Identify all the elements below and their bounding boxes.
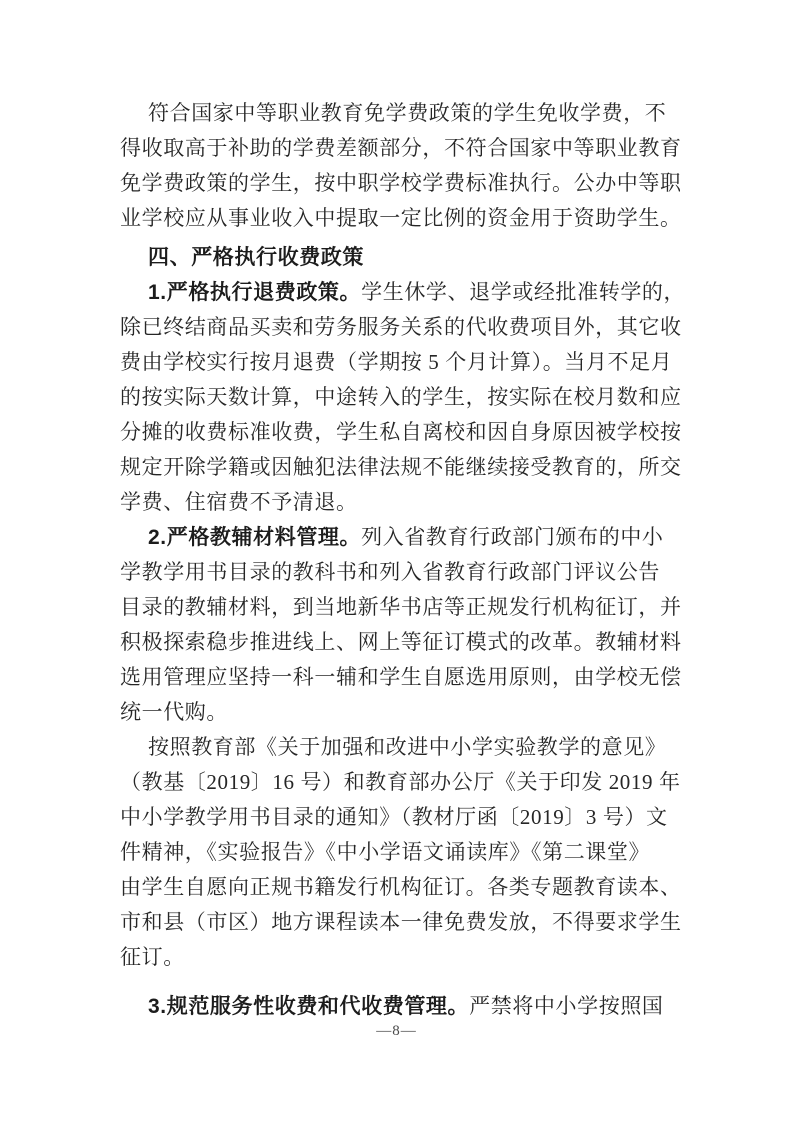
- text-segment: （教基〔2019〕16 号）和教育部办公厅《关于印发 2019 年: [120, 770, 681, 794]
- document-body: 符合国家中等职业教育免学费政策的学生免收学费，不得收取高于补助的学费差额部分，不…: [120, 96, 686, 1024]
- text-line: 按照教育部《关于加强和改进中小学实验教学的意见》: [120, 730, 686, 765]
- text-segment: 选用管理应坚持一科一辅和学生自愿选用原则，由学校无偿: [120, 665, 682, 689]
- text-line: （教基〔2019〕16 号）和教育部办公厅《关于印发 2019 年: [120, 765, 686, 800]
- text-line: 2.严格教辅材料管理。列入省教育行政部门颁布的中小: [120, 520, 686, 555]
- text-line: 除已终结商品买卖和劳务服务关系的代收费项目外，其它收: [120, 310, 686, 345]
- text-line: 由学生自愿向正规书籍发行机构征订。各类专题教育读本、: [120, 870, 686, 905]
- text-line: 市和县（市区）地方课程读本一律免费发放，不得要求学生: [120, 905, 686, 940]
- document-page: 符合国家中等职业教育免学费政策的学生免收学费，不得收取高于补助的学费差额部分，不…: [0, 0, 793, 1122]
- text-segment: 学费、住宿费不予清退。: [120, 490, 358, 514]
- page-number: —8—: [0, 1016, 793, 1046]
- text-segment: 按照教育部《关于加强和改进中小学实验教学的意见》: [148, 735, 666, 759]
- text-segment-bold: 2.严格教辅材料管理。: [148, 526, 361, 549]
- text-line: 学教学用书目录的教科书和列入省教育行政部门评议公告: [120, 555, 686, 590]
- text-segment: 免学费政策的学生，按中职学校学费标准执行。公办中等职: [120, 171, 682, 195]
- text-line: 业学校应从事业收入中提取一定比例的资金用于资助学生。: [120, 201, 686, 236]
- text-segment: 件精神，《实验报告》《中小学语文诵读库》《第二课堂》: [120, 840, 650, 864]
- text-segment-bold: 1.严格执行退费政策。: [148, 281, 361, 304]
- text-segment: 严禁将中小学按照国: [469, 994, 663, 1018]
- heading-section-four: 四、严格执行收费政策: [120, 240, 686, 275]
- text-line: 积极探索稳步推进线上、网上等征订模式的改革。教辅材料: [120, 625, 686, 660]
- text-segment: 学生休学、退学或经批准转学的，: [361, 280, 685, 304]
- text-line: 四、严格执行收费政策: [120, 240, 686, 275]
- para-vocational-tuition-exemption: 符合国家中等职业教育免学费政策的学生免收学费，不得收取高于补助的学费差额部分，不…: [120, 96, 686, 236]
- text-line: 统一代购。: [120, 695, 686, 730]
- text-line: 符合国家中等职业教育免学费政策的学生免收学费，不: [120, 96, 686, 131]
- text-segment: 的按实际天数计算，中途转入的学生，按实际在校月数和应: [120, 385, 682, 409]
- para-ministry-documents: 按照教育部《关于加强和改进中小学实验教学的意见》（教基〔2019〕16 号）和教…: [120, 730, 686, 975]
- text-line: 得收取高于补助的学费差额部分，不符合国家中等职业教育: [120, 131, 686, 166]
- text-segment: 市和县（市区）地方课程读本一律免费发放，不得要求学生: [120, 910, 682, 934]
- text-segment: 目录的教辅材料，到当地新华书店等正规发行机构征订，并: [120, 595, 682, 619]
- text-line: 征订。: [120, 940, 686, 975]
- text-segment: 由学生自愿向正规书籍发行机构征订。各类专题教育读本、: [120, 875, 682, 899]
- text-line: 件精神，《实验报告》《中小学语文诵读库》《第二课堂》: [120, 835, 686, 870]
- text-segment: 学教学用书目录的教科书和列入省教育行政部门评议公告: [120, 560, 660, 584]
- text-segment: 分摊的收费标准收费，学生私自离校和因自身原因被学校按: [120, 420, 682, 444]
- text-line: 选用管理应坚持一科一辅和学生自愿选用原则，由学校无偿: [120, 660, 686, 695]
- text-segment: 费由学校实行按月退费（学期按 5 个月计算）。当月不足月: [120, 350, 672, 374]
- text-segment: 积极探索稳步推进线上、网上等征订模式的改革。教辅材料: [120, 630, 682, 654]
- text-segment: 统一代购。: [120, 700, 228, 724]
- text-segment: 业学校应从事业收入中提取一定比例的资金用于资助学生。: [120, 206, 682, 230]
- text-segment: 得收取高于补助的学费差额部分，不符合国家中等职业教育: [120, 136, 682, 160]
- text-line: 免学费政策的学生，按中职学校学费标准执行。公办中等职: [120, 166, 686, 201]
- text-segment-bold: 四、严格执行收费政策: [148, 246, 364, 269]
- text-segment: 规定开除学籍或因触犯法律法规不能继续接受教育的，所交: [120, 455, 682, 479]
- text-segment: 中小学教学用书目录的通知》（教材厅函〔2019〕3 号）文: [120, 805, 668, 829]
- text-segment: 征订。: [120, 945, 185, 969]
- text-line: 目录的教辅材料，到当地新华书店等正规发行机构征订，并: [120, 590, 686, 625]
- text-line: 的按实际天数计算，中途转入的学生，按实际在校月数和应: [120, 380, 686, 415]
- text-segment: 除已终结商品买卖和劳务服务关系的代收费项目外，其它收: [120, 315, 682, 339]
- text-line: 学费、住宿费不予清退。: [120, 485, 686, 520]
- text-line: 规定开除学籍或因触犯法律法规不能继续接受教育的，所交: [120, 450, 686, 485]
- text-line: 费由学校实行按月退费（学期按 5 个月计算）。当月不足月: [120, 345, 686, 380]
- text-line: 中小学教学用书目录的通知》（教材厅函〔2019〕3 号）文: [120, 800, 686, 835]
- para-1-refund-policy: 1.严格执行退费政策。学生休学、退学或经批准转学的，除已终结商品买卖和劳务服务关…: [120, 275, 686, 520]
- text-line: 分摊的收费标准收费，学生私自离校和因自身原因被学校按: [120, 415, 686, 450]
- text-segment: 列入省教育行政部门颁布的中小: [361, 525, 663, 549]
- text-line: 1.严格执行退费政策。学生休学、退学或经批准转学的，: [120, 275, 686, 310]
- text-segment: 符合国家中等职业教育免学费政策的学生免收学费，不: [148, 101, 666, 125]
- text-segment-bold: 3.规范服务性收费和代收费管理。: [148, 995, 469, 1018]
- para-2-teaching-materials: 2.严格教辅材料管理。列入省教育行政部门颁布的中小学教学用书目录的教科书和列入省…: [120, 520, 686, 730]
